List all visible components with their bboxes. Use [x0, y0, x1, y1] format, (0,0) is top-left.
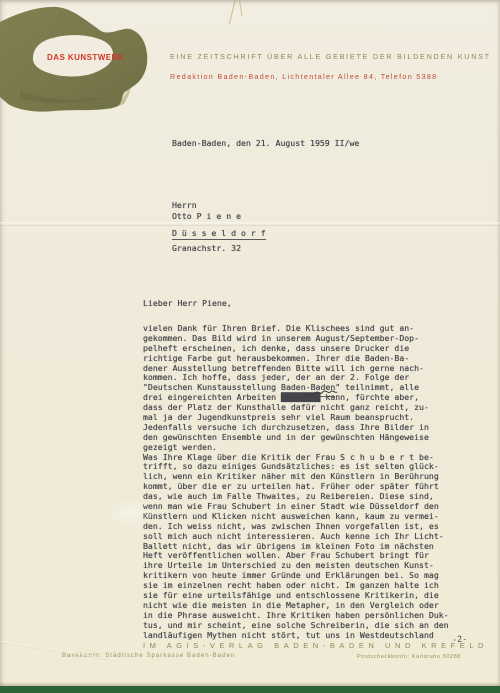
embossed-stamp-ghost	[104, 498, 156, 528]
bottom-left-crease	[0, 640, 121, 662]
letter-body: vielen Dank für Ihren Brief. Die Klische…	[143, 324, 449, 641]
scan-scratch	[239, 0, 242, 16]
letter-greeting: Lieber Herr Piene,	[143, 298, 232, 308]
masthead-contact-line: Redaktion Baden-Baden, Lichtentaler Alle…	[170, 72, 437, 81]
recipient-prefix: Herrn	[172, 200, 197, 210]
footer-postal-account: Postscheckkonto: Karlsruhe 50288	[357, 654, 461, 660]
recipient-city-underlined: D ü s s e l d o r f	[172, 228, 266, 240]
magazine-logo-title: DAS KUNSTWERK	[47, 53, 124, 62]
scan-scratch	[229, 0, 236, 24]
scanned-letter-page: DAS KUNSTWERK EINE ZEITSCHRIFT ÜBER ALLE…	[0, 0, 500, 693]
scanner-background-strip	[0, 686, 500, 693]
logo-torn-paper: DAS KUNSTWERK	[0, 0, 152, 118]
recipient-street: Granachstr. 32	[172, 243, 241, 253]
footer-publisher-line: IM AGIS-VERLAG BADEN-BADEN UND KREFELD	[143, 641, 488, 650]
body-line: landläufigen Mythen nicht stört, tut uns…	[143, 631, 449, 641]
handwritten-scribble-annotation	[306, 385, 339, 405]
masthead-subtitle: EINE ZEITSCHRIFT ÜBER ALLE GEBIETE DER B…	[170, 52, 491, 61]
date-line: Baden-Baden, den 21. August 1959 II/we	[172, 138, 359, 148]
recipient-name: Otto P i e n e	[172, 211, 241, 221]
paper-fold-crease	[0, 222, 500, 226]
